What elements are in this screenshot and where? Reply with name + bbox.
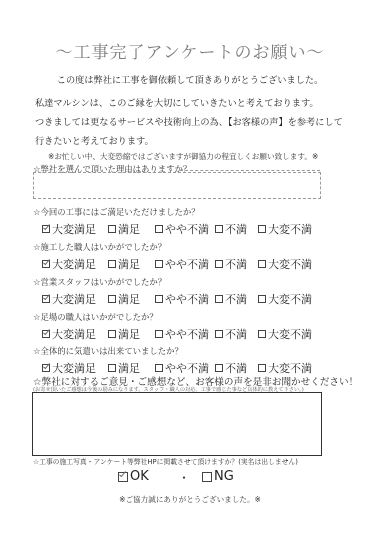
- rating-row: 大変満足満足やや不満不満大変不満: [42, 291, 342, 307]
- checkbox-icon[interactable]: [258, 295, 266, 303]
- rating-question-label: ☆今回の工事にはご満足いただけましたか？: [33, 206, 200, 218]
- intro-line-2: 私達マルシンは、このご縁を大切にしていきたいと考えております。: [35, 95, 319, 109]
- opinion-answer-field[interactable]: [32, 392, 322, 456]
- checkbox-checked-icon[interactable]: [42, 364, 50, 372]
- checkbox-icon[interactable]: [258, 225, 266, 233]
- rating-question-label: ☆足場の職人はいかがでしたか？: [33, 311, 158, 323]
- rating-option[interactable]: 大変満足: [42, 326, 96, 342]
- checkbox-icon[interactable]: [215, 295, 223, 303]
- rating-option-label: 大変満足: [52, 221, 96, 237]
- checkbox-icon[interactable]: [215, 364, 223, 372]
- publish-question-label: ☆工事の施工写真・アンケート等弊社HPに掲載させて頂けますか？(実名は出しません…: [33, 456, 298, 466]
- rating-option-label: 満足: [118, 326, 140, 342]
- page-title: ～工事完了アンケートのお願い～: [0, 38, 380, 63]
- rating-option[interactable]: 大変不満: [258, 221, 312, 237]
- rating-option-label: 不満: [225, 221, 247, 237]
- publish-options: OK ・ NG: [118, 469, 278, 487]
- checkbox-checked-icon[interactable]: [42, 260, 50, 268]
- checkbox-icon[interactable]: [108, 364, 116, 372]
- rating-option[interactable]: 満足: [108, 291, 140, 307]
- checkbox-icon[interactable]: [258, 330, 266, 338]
- rating-row: 大変満足満足やや不満不満大変不満: [42, 256, 342, 272]
- rating-option-label: 満足: [118, 256, 140, 272]
- rating-option-label: 大変満足: [52, 256, 96, 272]
- checkbox-checked-icon[interactable]: [42, 330, 50, 338]
- intro-line-4: 行きたいと考えております。: [35, 133, 154, 147]
- publish-ng-label: NG: [214, 469, 234, 484]
- thanks-message: ※ご協力誠にありがとうございました。※: [0, 494, 380, 505]
- rating-option-label: やや不満: [165, 326, 209, 342]
- rating-option-label: 大変不満: [268, 291, 312, 307]
- rating-option[interactable]: 大変不満: [258, 326, 312, 342]
- checkbox-icon[interactable]: [215, 330, 223, 338]
- rating-option-label: 大変満足: [52, 291, 96, 307]
- checkbox-checked-icon[interactable]: [118, 472, 128, 482]
- rating-option[interactable]: 大変不満: [258, 256, 312, 272]
- checkbox-checked-icon[interactable]: [42, 225, 50, 233]
- intro-note: ※お忙しい中、大変恐縮ではございますが御協力の程宜しくお願い致します。※: [48, 151, 318, 162]
- checkbox-icon[interactable]: [108, 330, 116, 338]
- checkbox-icon[interactable]: [155, 260, 163, 268]
- checkbox-icon[interactable]: [258, 364, 266, 372]
- checkbox-icon[interactable]: [108, 295, 116, 303]
- rating-option[interactable]: 大変満足: [42, 291, 96, 307]
- checkbox-icon[interactable]: [155, 330, 163, 338]
- rating-option[interactable]: 大変満足: [42, 221, 96, 237]
- rating-option[interactable]: やや不満: [155, 291, 209, 307]
- checkbox-icon[interactable]: [108, 260, 116, 268]
- checkbox-icon[interactable]: [108, 225, 116, 233]
- rating-option[interactable]: 不満: [215, 291, 247, 307]
- reason-underline: [180, 170, 320, 171]
- intro-line-3: つきましては更なるサービスや技術向上の為、【お客様の声】を参考にして: [35, 114, 343, 128]
- rating-option-label: 大変不満: [268, 326, 312, 342]
- publish-ok-option[interactable]: OK: [118, 469, 149, 484]
- rating-option[interactable]: 満足: [108, 256, 140, 272]
- rating-option[interactable]: 不満: [215, 326, 247, 342]
- checkbox-icon[interactable]: [155, 225, 163, 233]
- intro-line-1: この度は弊社に工事を御依頼して頂きありがとうございました。: [0, 72, 380, 86]
- checkbox-icon[interactable]: [258, 260, 266, 268]
- rating-row: 大変満足満足やや不満不満大変不満: [42, 326, 342, 342]
- rating-option-label: 満足: [118, 291, 140, 307]
- rating-option-label: 大変不満: [268, 256, 312, 272]
- reason-answer-field[interactable]: [33, 172, 321, 199]
- rating-option-label: やや不満: [165, 291, 209, 307]
- checkbox-icon[interactable]: [215, 260, 223, 268]
- rating-option[interactable]: やや不満: [155, 326, 209, 342]
- rating-option[interactable]: やや不満: [155, 221, 209, 237]
- checkbox-checked-icon[interactable]: [42, 295, 50, 303]
- publish-ng-option[interactable]: NG: [202, 469, 234, 484]
- rating-row: 大変満足満足やや不満不満大変不満: [42, 221, 342, 237]
- checkbox-icon[interactable]: [202, 472, 212, 482]
- rating-option-label: 不満: [225, 291, 247, 307]
- rating-question-label: ☆施工した職人はいかがでしたか？: [33, 241, 166, 253]
- publish-ok-label: OK: [130, 469, 149, 484]
- checkbox-icon[interactable]: [155, 295, 163, 303]
- rating-option[interactable]: 不満: [215, 221, 247, 237]
- rating-option[interactable]: 大変不満: [258, 291, 312, 307]
- checkbox-icon[interactable]: [155, 364, 163, 372]
- rating-option[interactable]: やや不満: [155, 256, 209, 272]
- rating-question-label: ☆営業スタッフはいかがでしたか？: [33, 276, 166, 288]
- rating-option-label: 満足: [118, 221, 140, 237]
- rating-question-label: ☆全体的に気遣いは出来ていましたか？: [33, 345, 183, 357]
- rating-option-label: 大変不満: [268, 221, 312, 237]
- rating-option[interactable]: 大変満足: [42, 256, 96, 272]
- rating-option[interactable]: 満足: [108, 221, 140, 237]
- rating-option[interactable]: 満足: [108, 326, 140, 342]
- rating-option[interactable]: 不満: [215, 256, 247, 272]
- checkbox-icon[interactable]: [215, 225, 223, 233]
- rating-option-label: 不満: [225, 326, 247, 342]
- rating-option-label: やや不満: [165, 221, 209, 237]
- rating-option-label: 不満: [225, 256, 247, 272]
- rating-option-label: やや不満: [165, 256, 209, 272]
- rating-option-label: 大変満足: [52, 326, 96, 342]
- separator-dot: ・: [178, 469, 190, 486]
